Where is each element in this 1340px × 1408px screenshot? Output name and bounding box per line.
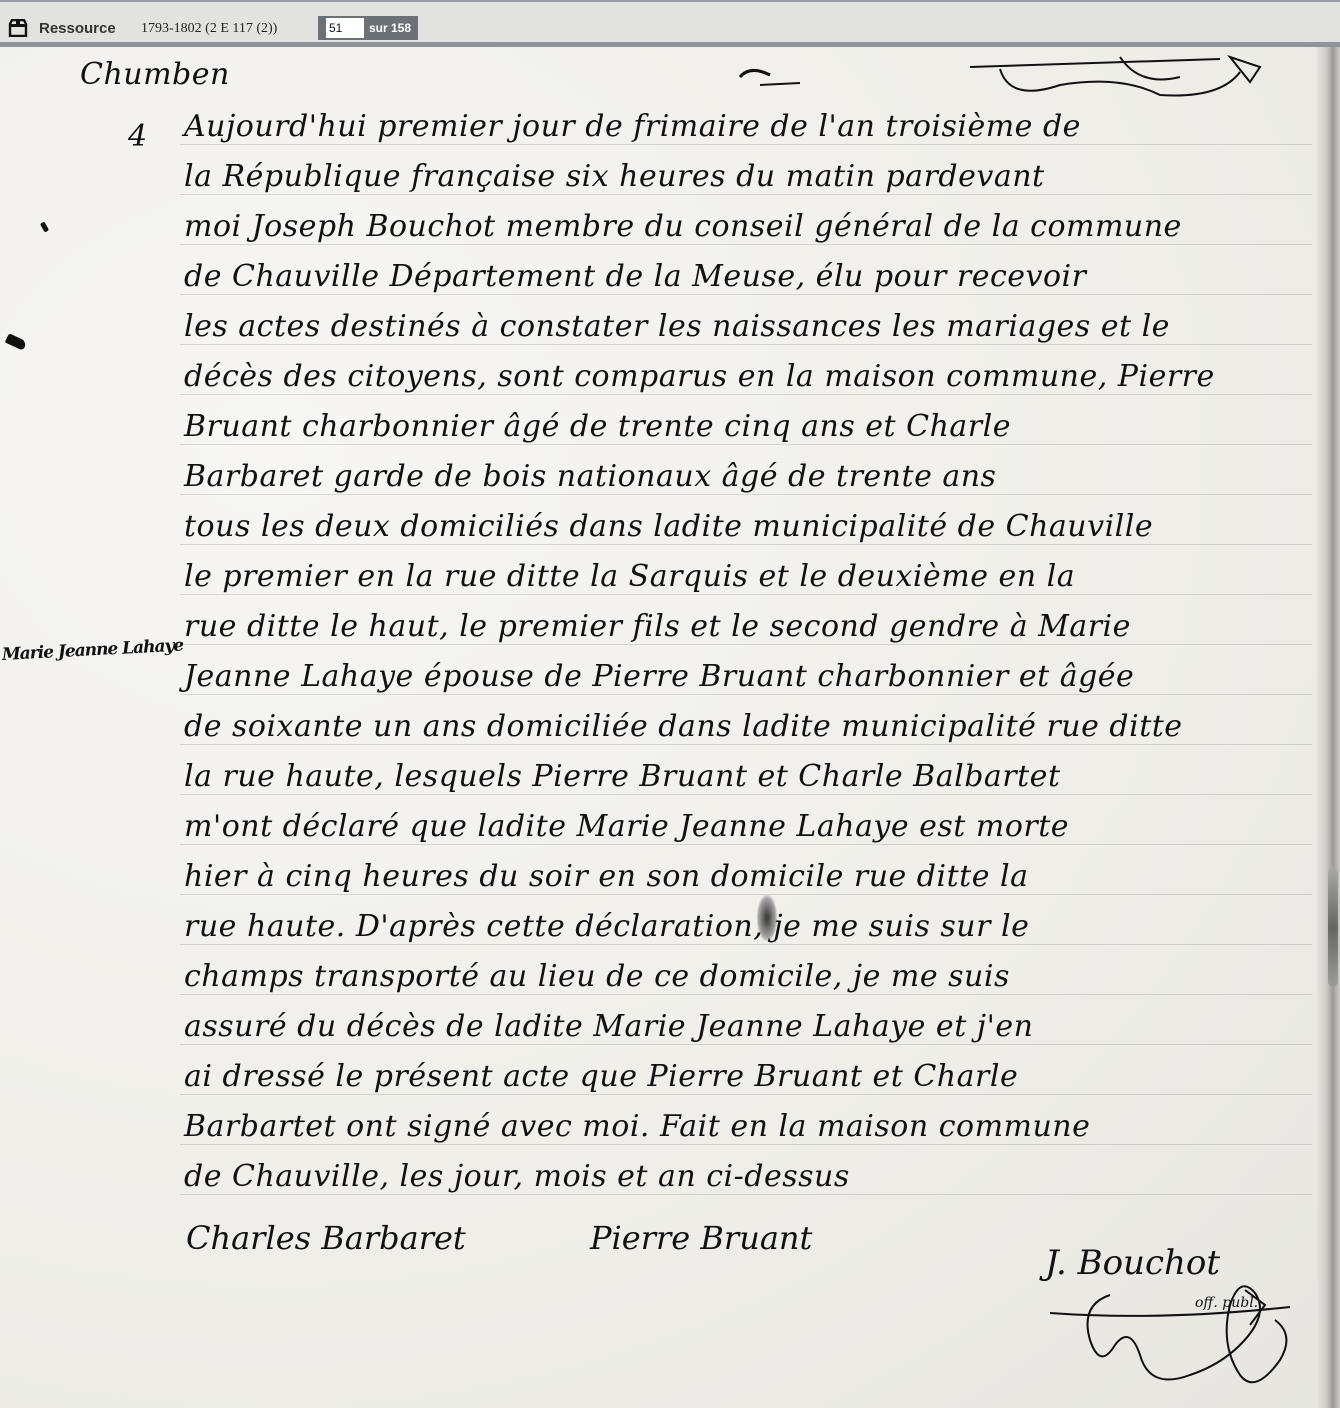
ruled-line bbox=[180, 344, 1312, 345]
text-line: les actes destinés à constater les naiss… bbox=[184, 309, 1170, 344]
text-line: de Chauville, les jour, mois et an ci-de… bbox=[184, 1159, 850, 1194]
ruled-line bbox=[180, 744, 1312, 745]
ruled-line bbox=[180, 494, 1312, 495]
page-edge-shadow bbox=[1328, 867, 1338, 987]
ink-stain bbox=[757, 895, 777, 941]
page-number-input[interactable] bbox=[326, 18, 364, 38]
text-line: tous les deux domiciliés dans ladite mun… bbox=[184, 509, 1153, 544]
ruled-line bbox=[180, 794, 1312, 795]
ruled-line bbox=[180, 394, 1312, 395]
signature-charles-barbaret: Charles Barbaret bbox=[186, 1219, 466, 1257]
ruled-line bbox=[180, 594, 1312, 595]
text-line: Barbaret garde de bois nationaux âgé de … bbox=[184, 459, 996, 494]
margin-ink-mark bbox=[40, 221, 49, 232]
act-heading: Chumben bbox=[80, 57, 230, 92]
ruled-line bbox=[180, 694, 1312, 695]
box-icon bbox=[8, 19, 28, 37]
ruled-line bbox=[180, 844, 1312, 845]
text-line: ai dressé le présent acte que Pierre Bru… bbox=[184, 1059, 1018, 1094]
text-line: de soixante un ans domiciliée dans ladit… bbox=[184, 709, 1183, 744]
text-line: moi Joseph Bouchot membre du conseil gén… bbox=[184, 209, 1182, 244]
ruled-line bbox=[180, 294, 1312, 295]
text-line: Jeanne Lahaye épouse de Pierre Bruant ch… bbox=[184, 659, 1134, 694]
page-total-label: sur 158 bbox=[369, 21, 411, 35]
text-line: rue ditte le haut, le premier fils et le… bbox=[184, 609, 1131, 644]
margin-name-note: Marie Jeanne Lahaye bbox=[1, 636, 183, 665]
text-line: la rue haute, lesquels Pierre Bruant et … bbox=[184, 759, 1061, 794]
text-line: Barbartet ont signé avec moi. Fait en la… bbox=[184, 1109, 1090, 1144]
text-line: de Chauville Département de la Meuse, él… bbox=[184, 259, 1086, 294]
ruled-line bbox=[180, 144, 1312, 145]
resource-subtitle: 1793-1802 (2 E 117 (2)) bbox=[141, 21, 277, 37]
text-line: champs transporté au lieu de ce domicile… bbox=[184, 959, 1010, 994]
text-line: rue haute. D'après cette déclaration, je… bbox=[184, 909, 1029, 944]
margin-ink-mark bbox=[5, 333, 27, 351]
resource-title: Ressource bbox=[39, 20, 116, 37]
page-navigator: sur 158 bbox=[318, 16, 418, 40]
resource-toolbar: Ressource 1793-1802 (2 E 117 (2)) sur 15… bbox=[0, 0, 1340, 42]
document-image-viewer[interactable]: Chumben 4 Marie Jeanne Lahaye Aujourd'hu… bbox=[0, 47, 1340, 1408]
text-line: hier à cinq heures du soir en son domici… bbox=[184, 859, 1029, 894]
ruled-line bbox=[180, 944, 1312, 945]
text-line: décès des citoyens, sont comparus en la … bbox=[184, 359, 1215, 394]
text-line: le premier en la rue ditte la Sarquis et… bbox=[184, 559, 1075, 594]
ruled-line bbox=[180, 244, 1312, 245]
ruled-line bbox=[180, 1194, 1312, 1195]
ruled-line bbox=[180, 544, 1312, 545]
ruled-line bbox=[180, 644, 1312, 645]
text-line: assuré du décès de ladite Marie Jeanne L… bbox=[184, 1009, 1033, 1044]
text-line: m'ont déclaré que ladite Marie Jeanne La… bbox=[184, 809, 1069, 844]
ruled-line bbox=[180, 194, 1312, 195]
page-edge bbox=[1316, 47, 1340, 1408]
text-line: Bruant charbonnier âgé de trente cinq an… bbox=[184, 409, 1011, 444]
text-line: Aujourd'hui premier jour de frimaire de … bbox=[184, 109, 1081, 144]
ruled-line bbox=[180, 1044, 1312, 1045]
ruled-line bbox=[180, 894, 1312, 895]
signature-flourish bbox=[1040, 1265, 1300, 1395]
signature-pierre-bruant: Pierre Bruant bbox=[590, 1219, 812, 1257]
top-flourish-mark bbox=[700, 47, 1300, 97]
ruled-line bbox=[180, 1094, 1312, 1095]
ruled-line bbox=[180, 444, 1312, 445]
ruled-line bbox=[180, 1144, 1312, 1145]
ruled-line bbox=[180, 994, 1312, 995]
text-line: la République française six heures du ma… bbox=[184, 159, 1045, 194]
act-number: 4 bbox=[128, 119, 148, 154]
